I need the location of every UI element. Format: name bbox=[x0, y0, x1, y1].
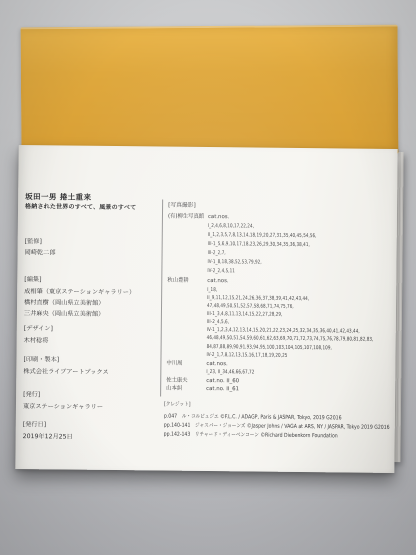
supervisor-name: 岡崎乾二郎 bbox=[25, 250, 56, 257]
printer-name: 株式会社ライブアートブックス bbox=[23, 369, 108, 376]
label-photography: [写真撮影] bbox=[168, 204, 196, 210]
editor-1: 成相肇（東京ステーションギャラリー） bbox=[24, 289, 135, 296]
credit-line-corbusier: p.047 ル・コルビュジエ ©F.L.C. / ADAGP, Paris & … bbox=[164, 415, 342, 422]
credit-line-johns: pp.140-141 ジャスパー・ジョーンズ ©Jasper Johns / V… bbox=[164, 424, 390, 432]
photographer-4-catno: cat.no. II_60 bbox=[206, 379, 239, 385]
photographer-4-name: 佐土康夫 bbox=[166, 379, 187, 385]
editor-2: 橋村直樹（岡山県立美術館） bbox=[24, 300, 104, 307]
photographer-3-name: 中川周 bbox=[166, 362, 182, 368]
label-printing-binding: [印刷・製本] bbox=[23, 357, 59, 364]
photographer-1-line: III-2_2,7, bbox=[208, 251, 226, 256]
column-divider-rule bbox=[160, 200, 163, 397]
photographer-5-catno: cat.no. II_61 bbox=[206, 387, 239, 393]
publisher-name: 東京ステーションギャラリー bbox=[23, 404, 103, 411]
book-subtitle: 格納された世界のすべて、風景のすべて bbox=[25, 204, 136, 211]
photographer-2-line: III-2_4,5,6, bbox=[207, 320, 229, 325]
publication-date: 2019年12月25日 bbox=[23, 434, 73, 441]
photographer-2-line: 47,48,49,50,51,52,57,58,68,71,74,75,76, bbox=[207, 304, 294, 310]
photographer-2-line: II_9,11,12,15,21,24,26,36,37,38,39,41,42… bbox=[207, 296, 309, 302]
photographer-2-line: III-1_3,4,8,11,13,14,15,22,27,28,29, bbox=[207, 312, 283, 318]
editor-3: 三井麻央（岡山県立美術館） bbox=[24, 311, 104, 318]
photographer-2-name: 秋山豊耕 bbox=[167, 279, 188, 285]
photographer-2-line: 46,48,49,50,51,54,59,60,61,62,63,69,70,7… bbox=[207, 336, 374, 343]
photographer-2-catnos: cat.nos. bbox=[207, 279, 228, 285]
photographer-1-line: IV-1_8,18,38,52,53,79,92, bbox=[207, 260, 261, 266]
photographer-1-catnos: cat.nos. bbox=[208, 215, 229, 221]
book-photo-scene: 坂田一男 捲土重来 格納された世界のすべて、風景のすべて [監修] 岡崎乾二郎 … bbox=[0, 0, 416, 555]
photographer-5-name: 山本糾 bbox=[166, 387, 182, 393]
photographer-3-line: I_23, II_34,46,66,67,72 bbox=[206, 370, 254, 376]
label-editing: [編集] bbox=[24, 277, 41, 283]
photographer-1-name: (有)柳生写真館 bbox=[168, 215, 204, 221]
colophon-page: 坂田一男 捲土重来 格納された世界のすべて、風景のすべて [監修] 岡崎乾二郎 … bbox=[15, 145, 397, 473]
photographer-1-line: II_1,2,3,5,7,8,13,14,18,19,20,27,31,35,4… bbox=[208, 233, 317, 239]
designer-name: 木村稔将 bbox=[24, 338, 49, 344]
photographer-2-line: IV-2_1,7,8,12,13,15,16,17,18,19,20,25 bbox=[206, 353, 287, 359]
book-cover bbox=[21, 25, 399, 157]
label-supervision: [監修] bbox=[25, 239, 42, 245]
credit-line-diebenkorn: pp.142-143 リチャード・ディーベンコーン ©Richard Diebe… bbox=[164, 433, 338, 440]
label-publisher: [発行] bbox=[23, 392, 40, 398]
photographer-2-line: I_18, bbox=[207, 288, 217, 293]
photographer-1-line: I_2,4,6,8,10,17,22,24, bbox=[208, 224, 254, 230]
photographer-1-line: IV-2_2,4,5,11 bbox=[207, 269, 235, 274]
label-publication-date: [発行日] bbox=[23, 422, 46, 428]
photographer-2-line: 84,87,88,89,90,91,93,94,95,100,103,104,1… bbox=[207, 345, 332, 352]
photographer-3-catnos: cat.nos. bbox=[206, 362, 227, 368]
label-credits: [クレジット] bbox=[164, 403, 191, 409]
photographer-1-line: III-1_5,6,9,10,17,18,23,26,29,30,34,35,3… bbox=[208, 242, 310, 248]
label-design: [デザイン] bbox=[24, 326, 53, 333]
photographer-2-line: IV-1_1,2,3,4,12,13,14,15,20,21,22,23,24,… bbox=[207, 328, 360, 335]
book-title: 坂田一男 捲土重来 bbox=[25, 193, 91, 201]
